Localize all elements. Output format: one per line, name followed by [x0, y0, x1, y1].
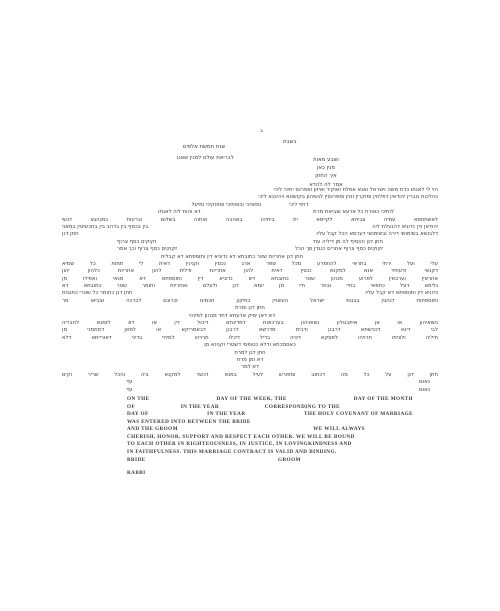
text-segment: דא והות ליה לאנתו	[158, 209, 201, 216]
hebrew-line: דא דאן יסיק אדעתא דחד מנהון למיהוי	[62, 313, 438, 320]
rabbi-signature-label: RABBI	[127, 470, 146, 476]
hebrew-line: כאסמכתא ודלא כטופסי דשטרי וקנינא מן	[62, 342, 438, 349]
text-segment: THE HOLY COVENANT OF MARRIAGE	[304, 411, 413, 419]
english-line: CHERISH, HONOR, SUPPORT AND RESPECT EACH…	[127, 434, 413, 442]
text-segment: IN THE YEAR	[181, 404, 219, 412]
hebrew-line: נדוניא דין ותוספתא דא קבל עליוחתן דנן כח…	[62, 290, 438, 297]
witness-line: נאוםעד	[62, 379, 438, 386]
hebrew-line: הוי לי לאנתו כדת משה וישראל ואנא אפלח וא…	[62, 187, 438, 194]
hebrew-line: אחראין וערבאין לפרוע מנהון שטר כתובתא דא…	[62, 276, 438, 283]
hebrew-line: ותוספתות דנהגין בבנות ישראל העשויין כתיק…	[62, 298, 438, 305]
text-segment: זקוקים כסף צרוף	[117, 239, 156, 246]
english-line: ON THEDAY OF THE WEEK, THEDAY OF THE MON…	[127, 396, 413, 404]
date-fragment-creation-of-world: לבריאת עולם למנין שאנו	[177, 155, 234, 161]
text-segment: עד	[126, 379, 132, 386]
hebrew-line: דקנאי ודעתיד אנא למקנא נכסין דאית להון א…	[62, 268, 438, 275]
hebrew-line: לבי דינא דכנישתא דרבנן ודבית מדרשא דרבנן…	[62, 327, 438, 334]
text-segment: ON THE	[127, 396, 149, 404]
text-segment: חתן דנן	[62, 231, 79, 238]
text-segment: עד	[126, 387, 132, 394]
text-segment: חתן דנן כחומר כל שטרי כתובות	[62, 290, 132, 297]
date-fragment-count-here: מנין כאן	[294, 164, 358, 172]
text-segment: IN THE YEAR	[207, 411, 245, 419]
text-segment: AND THE GROOM	[127, 426, 178, 434]
hebrew-line: חיליה ולציתו תרויהו לפסקא דיניה בדיל דיכ…	[62, 335, 438, 342]
english-line: IN FAITHFULNESS. THIS MARRIAGE CONTRACT …	[127, 449, 413, 457]
hebrew-line: חתן דנן אחריות שטר כתובתא דא נדוניא דין …	[62, 254, 438, 261]
hebrew-line: נשואיהון או אן איתבטלון נשואיהון בערכאות…	[62, 320, 438, 327]
text-segment: חתן דנן והוסיף לה מן דיליה עוד	[313, 239, 383, 246]
hebrew-body-text: הוי לי לאנתו כדת משה וישראל ואנא אפלח וא…	[62, 187, 438, 394]
text-segment: יהודאן ודן נדוניא דהנעלת ליה	[372, 224, 438, 231]
text-segment: נאום	[419, 379, 430, 386]
bride-signature-label: BRIDE	[127, 457, 278, 463]
groom-signature-label: GROOM	[278, 457, 301, 463]
english-line: DAY OFIN THE YEARTHE HOLY COVENANT OF MA…	[127, 411, 413, 419]
text-segment: CORRESPONDING TO THE	[265, 404, 340, 412]
text-segment: לותיכי כאורח כל ארעא וצביאת מרת	[313, 209, 394, 216]
hebrew-line: לאשתתפא עמיה צביתא לקיימא ית ביתיהו באהב…	[62, 217, 438, 224]
hebrew-line: כהלכות גוברין יהודאין דפלחין ומוקרין וזנ…	[62, 194, 438, 201]
hebrew-line: גלימא דעל כתפאי בחיי ובתר חיי מן יומא דנ…	[62, 283, 438, 290]
text-segment: דחזי ליכי	[289, 202, 308, 209]
english-line: AND THE GROOMWE WILL ALWAYS	[127, 426, 413, 434]
date-fragment-seven-hundred: ושבע מאות	[294, 156, 358, 164]
hebrew-line: חתן דנן למרת	[62, 350, 438, 357]
ketubah-document-page: ב בשבת שנת חמשת אלפים לבריאת עולם למנין …	[0, 0, 500, 611]
text-segment: DAY OF THE MONTH	[354, 396, 413, 404]
witness-line: נאוםעד	[62, 387, 438, 394]
text-segment: דלבושא בשימושי דירה ובשימושי דערסא הכל ק…	[316, 231, 438, 238]
hebrew-line: זקוקים כסף צרוף אחרים כנגדן סך הכלזקוקים…	[62, 246, 438, 253]
english-line: TO EACH OTHER IN RIGHTEOUSNESS, IN JUSTI…	[127, 441, 413, 449]
hebrew-line: חתן דנן והוסיף לה מן דיליה עודזקוקים כסף…	[62, 239, 438, 246]
hebrew-line: לותיכי כאורח כל ארעא וצביאת מרתדא והות ל…	[62, 209, 438, 216]
text-segment: בין בכסף בין בדהב בין בתכשיטין במאני	[62, 224, 148, 231]
text-segment: WE WILL ALWAYS	[313, 426, 365, 434]
english-section: ON THEDAY OF THE WEEK, THEDAY OF THE MON…	[127, 396, 413, 456]
date-fragment-the-groom: איך החתן	[294, 172, 358, 180]
english-line: WAS ENTERED INTO BETWEEN THE BRIDE	[127, 419, 413, 427]
hebrew-line: דלבושא בשימושי דירה ובשימושי דערסא הכל ק…	[62, 231, 438, 238]
hebrew-line: דא למר	[62, 364, 438, 371]
text-segment: זקוקים כסף צרוף אחרים כנגדן סך הכל	[295, 246, 383, 253]
english-line: OFIN THE YEARCORRESPONDING TO THE	[127, 404, 413, 412]
text-segment: ומזוניכי וכסותיכי וספוקיכי ומיעל	[192, 202, 262, 209]
hebrew-line: עלי ועל ירתי בתראי להתפרע מכל שפר ארג נכ…	[62, 261, 438, 268]
text-segment: DAY OF	[127, 411, 149, 419]
text-segment: OF	[127, 404, 135, 412]
text-segment: נדוניא דין ותוספתא דא קבל עליו	[365, 290, 438, 297]
hebrew-line: יהודאן ודן נדוניא דהנעלת ליהבין בכסף בין…	[62, 224, 438, 231]
hebrew-line: חתן דנן ומרת	[62, 305, 438, 312]
page-marker: ב	[260, 128, 263, 134]
hebrew-line: דחזי ליכיומזוניכי וכסותיכי וספוקיכי ומיע…	[62, 202, 438, 209]
hebrew-line: דא ומן מרת	[62, 357, 438, 364]
date-fragment-year-five-thousand: שנת חמשת אלפים	[183, 144, 225, 150]
text-segment: נאום	[419, 387, 430, 394]
date-fragment-stack: ושבע מאות מנין כאן איך החתן אמר לה להדא	[294, 156, 358, 189]
signature-row: BRIDE GROOM	[127, 457, 413, 463]
date-fragment-on-sabbath: בשבת	[283, 139, 297, 145]
text-segment: זקוקים כסף צרוף וכך אמר	[117, 246, 177, 253]
text-segment: DAY OF THE WEEK, THE	[217, 396, 287, 404]
hebrew-line: חתן דנן על כל מה דכתוב ומפורש לעיל במנא …	[62, 372, 438, 379]
